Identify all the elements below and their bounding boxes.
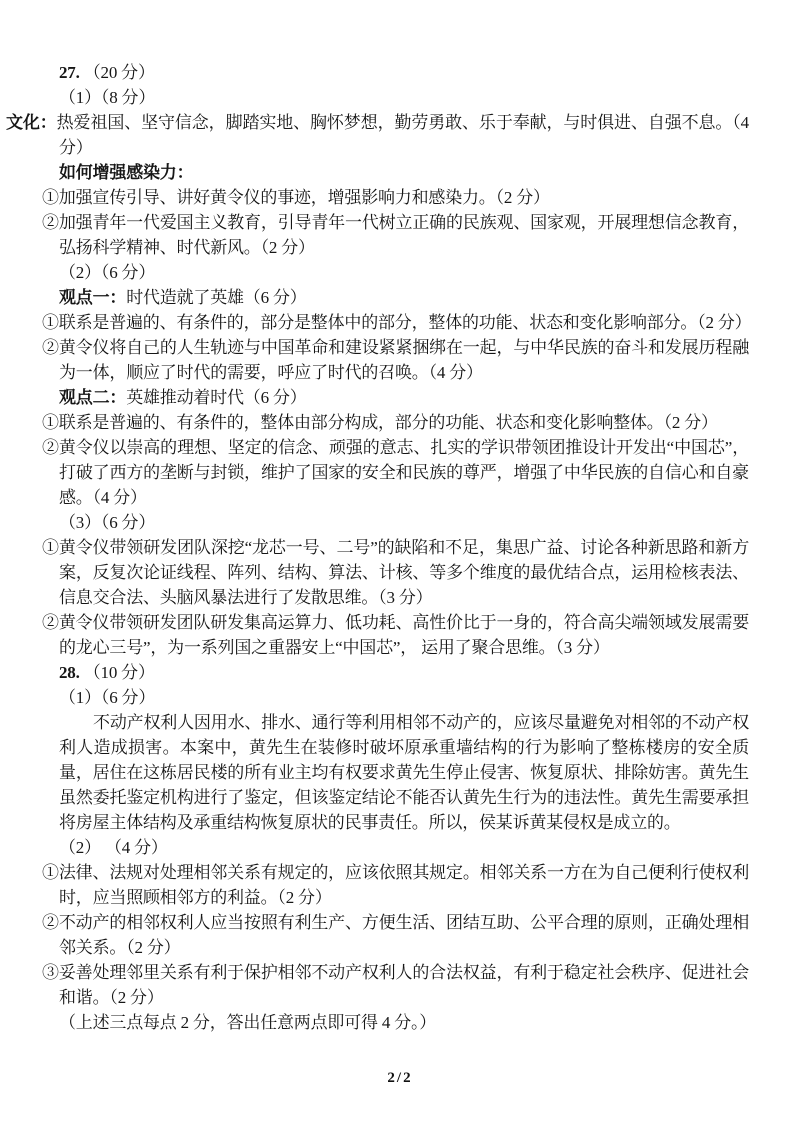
q28-part2-point2: ②不动产的相邻权利人应当按照有利生产、方便生活、团结互助、公平合理的原则，正确处… (59, 910, 749, 960)
q27-part1-point2: ②加强青年一代爱国主义教育，引导青年一代树立正确的民族观、国家观，开展理想信念教… (59, 210, 749, 260)
q28-number: 28. (59, 663, 80, 682)
q27-viewpoint2-point2: ②黄令仪以崇高的理想、坚定的信念、顽强的意志、扎实的学识带领团推设计开发出“中国… (59, 435, 749, 510)
q28-part2-point1: ①法律、法规对处理相邻关系有规定的，应该依照其规定。相邻关系一方在为自己便利行使… (59, 860, 749, 910)
page-number: 2/2 (0, 1070, 800, 1087)
q27-points: （20 分） (84, 63, 155, 82)
q27-number: 27. (59, 63, 80, 82)
q28-heading: 28. （10 分） (59, 660, 749, 685)
q27-part1-point1: ①加强宣传引导、讲好黄令仪的事迹，增强影响力和感染力。（2 分） (59, 185, 749, 210)
q27-part3-label: （3）（6 分） (59, 510, 749, 535)
q27-viewpoint2-heading: 观点二：英雄推动着时代（6 分） (59, 385, 749, 410)
q27-part3-point1: ①黄令仪带领研发团队深挖“龙芯一号、二号”的缺陷和不足，集思广益、讨论各种新思路… (59, 535, 749, 610)
q27-viewpoint1-heading: 观点一：时代造就了英雄（6 分） (59, 285, 749, 310)
culture-label: 文化： (6, 113, 57, 132)
q27-viewpoint1-point1: ①联系是普遍的、有条件的，部分是整体中的部分，整体的功能、状态和变化影响部分。（… (59, 310, 749, 335)
q27-part1-label: （1）（8 分） (59, 85, 749, 110)
q27-part2-label: （2）（6 分） (59, 260, 749, 285)
viewpoint2-label: 观点二： (59, 388, 126, 407)
q28-part2-note: （上述三点每点 2 分，答出任意两点即可得 4 分。） (59, 1010, 749, 1035)
q28-part2-label: （2） （4 分） (59, 835, 749, 860)
viewpoint1-title: 时代造就了英雄（6 分） (126, 288, 306, 307)
q27-part1-culture-answer: 文化：热爱祖国、坚守信念，脚踏实地、胸怀梦想，勤劳勇敢、乐于奉献，与时俱进、自强… (59, 110, 749, 160)
q28-part2-point3: ③妥善处理邻里关系有利于保护相邻不动产权利人的合法权益，有利于稳定社会秩序、促进… (59, 960, 749, 1010)
culture-text: 热爱祖国、坚守信念，脚踏实地、胸怀梦想，勤劳勇敢、乐于奉献，与时俱进、自强不息。… (57, 113, 749, 157)
q27-heading: 27. （20 分） (59, 60, 749, 85)
q28-points: （10 分） (84, 663, 155, 682)
q28-part1-label: （1）（6 分） (59, 685, 749, 710)
q28-part1-paragraph: 不动产权利人因用水、排水、通行等利用相邻不动产的，应该尽量避免对相邻的不动产权利… (59, 710, 749, 835)
document-body: 27. （20 分） （1）（8 分） 文化：热爱祖国、坚守信念，脚踏实地、胸怀… (59, 60, 749, 1035)
q27-part1-subheading: 如何增强感染力： (59, 160, 749, 185)
viewpoint2-title: 英雄推动着时代（6 分） (126, 388, 306, 407)
q27-viewpoint2-point1: ①联系是普遍的、有条件的，整体由部分构成，部分的功能、状态和变化影响整体。（2 … (59, 410, 749, 435)
answer-sheet-page: 27. （20 分） （1）（8 分） 文化：热爱祖国、坚守信念，脚踏实地、胸怀… (0, 0, 800, 1131)
q27-viewpoint1-point2: ②黄令仪将自己的人生轨迹与中国革命和建设紧紧捆绑在一起，与中华民族的奋斗和发展历… (59, 335, 749, 385)
viewpoint1-label: 观点一： (59, 288, 126, 307)
q27-part3-point2: ②黄令仪带领研发团队研发集高运算力、低功耗、高性价比于一身的，符合高尖端领域发展… (59, 610, 749, 660)
